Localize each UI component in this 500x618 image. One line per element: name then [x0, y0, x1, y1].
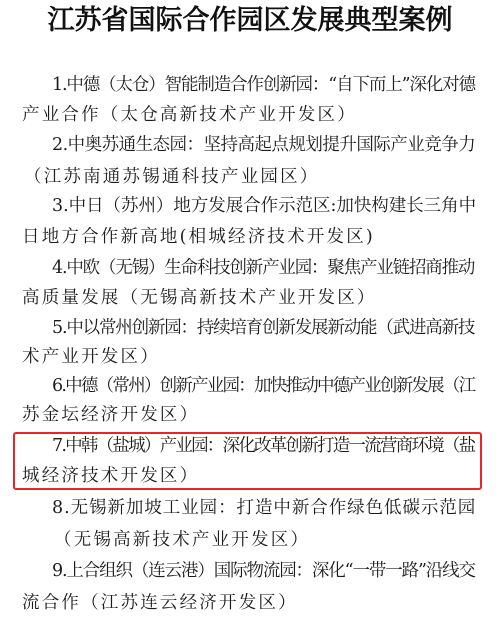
item-1-line-2: 产业合作（太仓高新技术产业开发区） [22, 104, 357, 126]
item-2-line-1: 2.中奥苏通生态园：坚持高起点规划提升国际产业竞争力 [52, 134, 475, 156]
item-7-line-1: 7.中韩（盐城）产业园：深化改革创新打造一流营商环境（盐 [52, 435, 474, 457]
item-9-line-2: 流合作（江苏连云经济开发区） [22, 592, 298, 614]
item-4-line-1: 4.中欧（无锡）生命科技创新产业园：聚焦产业链招商推动 [52, 257, 474, 279]
item-8-line-2: （无锡高新技术产业开发区） [54, 529, 310, 551]
item-3-line-1: 3.中日（苏州）地方发展合作示范区:加快构建长三角中 [52, 195, 476, 217]
item-7-line-2: 城经济技术开发区） [22, 465, 199, 487]
document-title: 江苏省国际合作园区发展典型案例 [0, 4, 500, 38]
item-1-line-1: 1.中德（太仓）智能制造合作创新园：“自下而上”深化对德 [52, 74, 475, 96]
item-5-line-2: 术产业开发区） [22, 346, 160, 368]
item-2-line-2: （江苏南通苏锡通科技产业园区） [24, 166, 320, 188]
item-4-line-2: 高质量发展（无锡高新技术产业开发区） [22, 287, 377, 309]
item-9-line-1: 9.上合组织（连云港）国际物流园：深化“一带一路”沿线交 [52, 560, 475, 582]
item-6-line-1: 6.中德（常州）创新产业园：加快推动中德产业创新发展（江 [52, 375, 474, 397]
item-6-line-2: 苏金坛经济开发区） [22, 404, 199, 426]
item-5-line-1: 5.中以常州创新园：持续培育创新发展新动能（武进高新技 [52, 317, 474, 339]
item-3-line-2: 日地方合作新高地(相城经济技术开发区) [22, 226, 375, 248]
item-8-line-1: 8.无锡新加坡工业园：打造中新合作绿色低碳示范园 [52, 497, 476, 519]
